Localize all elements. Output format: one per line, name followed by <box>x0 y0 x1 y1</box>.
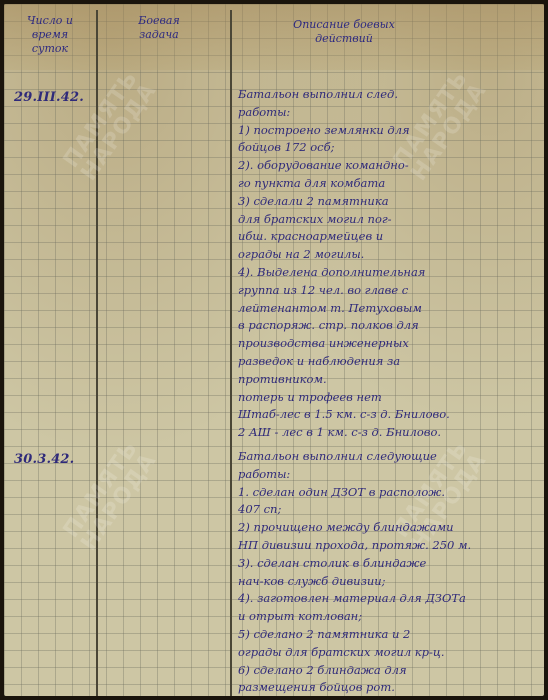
handwritten-line: 2) прочищено между блиндажами <box>238 519 538 537</box>
handwritten-line: ограды для братских могил кр-ц. <box>238 644 538 662</box>
entry-description: Батальон выполнил след.работы:1) построе… <box>238 86 538 442</box>
handwritten-line: Штаб-лес в 1.5 км. с-з д. Бнилово. <box>238 406 538 424</box>
header-text: время <box>10 28 90 42</box>
handwritten-line: 6) сделано 2 блиндажа для <box>238 662 538 680</box>
handwritten-line: для братских могил пог- <box>238 211 538 229</box>
entry-description: Батальон выполнил следующиеработы:1. сде… <box>238 448 538 697</box>
handwritten-line: ограды на 2 могилы. <box>238 246 538 264</box>
header-text: суток <box>10 42 90 56</box>
handwritten-line: 4). Выделена дополнительная <box>238 264 538 282</box>
watermark: ПАМЯТЬ НАРОДА <box>60 67 161 185</box>
handwritten-line: бойцов 172 осб; <box>238 139 538 157</box>
handwritten-line: 5) сделано 2 памятника и 2 <box>238 626 538 644</box>
header-date-time: Число и время суток <box>10 14 90 56</box>
handwritten-line: 1) построено землянки для <box>238 122 538 140</box>
handwritten-line: 3). сделан столик в блиндаже <box>238 555 538 573</box>
entry-date: 29.III.42. <box>14 90 84 105</box>
handwritten-line: 2 АШ - лес в 1 км. с-з д. Бнилово. <box>238 424 538 442</box>
handwritten-line: Батальон выполнил след. <box>238 86 538 104</box>
entry-date: 30.3.42. <box>14 452 74 467</box>
header-combat-task: Боевая задача <box>104 14 214 42</box>
handwritten-line: потерь и трофеев нет <box>238 389 538 407</box>
header-text: Число и <box>10 14 90 28</box>
handwritten-line: в распоряж. стр. полков для <box>238 317 538 335</box>
handwritten-line: 2). оборудование командно- <box>238 157 538 175</box>
watermark-text: НАРОДА <box>78 450 161 555</box>
handwritten-line: ибш. красноармейцев и <box>238 228 538 246</box>
handwritten-line: 3) сделали 2 памятника <box>238 193 538 211</box>
handwritten-line: размещения бойцов рот. <box>238 679 538 697</box>
document-page: Число и время суток Боевая задача Описан… <box>4 4 544 696</box>
handwritten-line: лейтенантом т. Петуховым <box>238 300 538 318</box>
handwritten-line: работы: <box>238 104 538 122</box>
header-text: задача <box>104 28 214 42</box>
handwritten-line: го пункта для комбата <box>238 175 538 193</box>
column-divider-2 <box>230 10 232 696</box>
handwritten-line: работы: <box>238 466 538 484</box>
handwritten-line: 4). заготовлен материал для ДЗОТа <box>238 590 538 608</box>
handwritten-line: нач-ков служб дивизии; <box>238 573 538 591</box>
handwritten-line: 1. сделан один ДЗОТ в располож. <box>238 484 538 502</box>
handwritten-line: противником. <box>238 371 538 389</box>
column-divider-1 <box>96 10 98 696</box>
handwritten-line: НП дивизии прохода, протяж. 250 м. <box>238 537 538 555</box>
watermark: ПАМЯТЬ НАРОДА <box>60 437 161 555</box>
header-description: Описание боевых действий <box>244 18 444 46</box>
watermark-text: ПАМЯТЬ <box>60 67 143 172</box>
header-text: Описание боевых <box>244 18 444 32</box>
handwritten-line: группа из 12 чел. во главе с <box>238 282 538 300</box>
handwritten-line: разведок и наблюдения за <box>238 353 538 371</box>
handwritten-line: и отрыт котлован; <box>238 608 538 626</box>
handwritten-line: Батальон выполнил следующие <box>238 448 538 466</box>
handwritten-line: 407 сп; <box>238 501 538 519</box>
watermark-text: НАРОДА <box>78 80 161 185</box>
handwritten-line: производства инженерных <box>238 335 538 353</box>
header-text: действий <box>244 32 444 46</box>
header-text: Боевая <box>104 14 214 28</box>
